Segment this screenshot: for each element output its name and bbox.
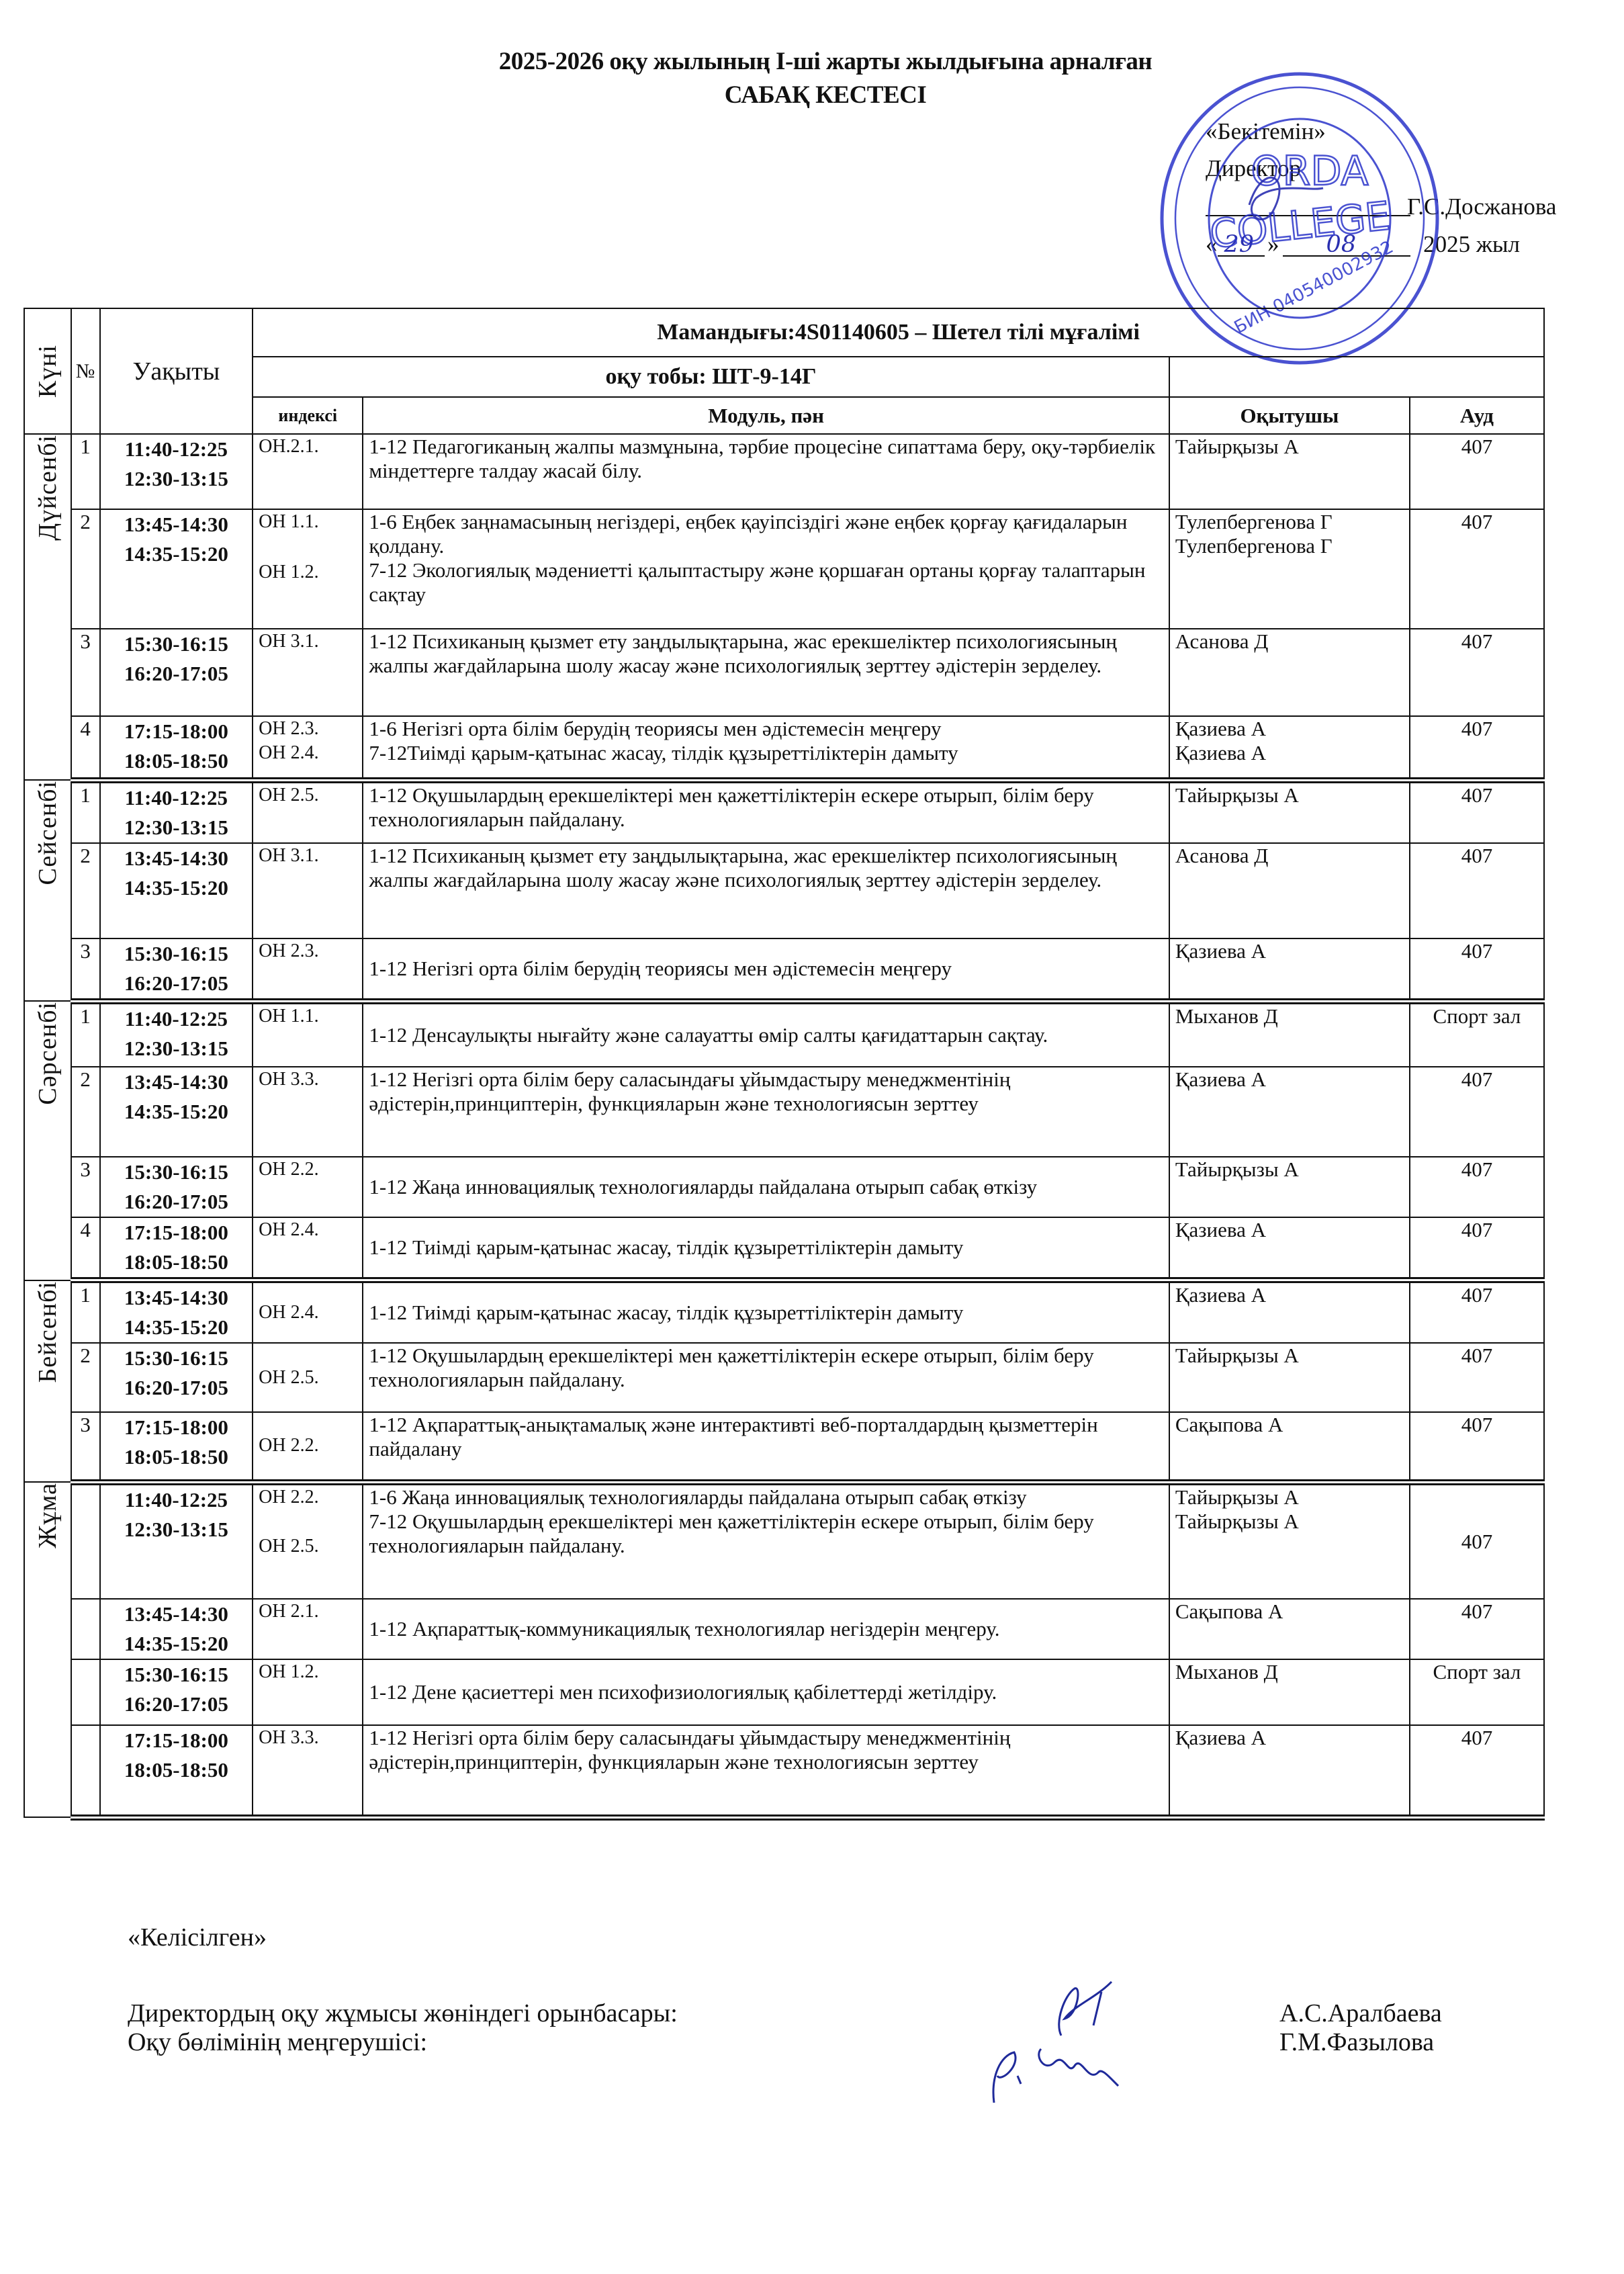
module-text: 7-12 Оқушылардың ерекшеліктері мен қажет… (369, 1510, 1163, 1558)
module-text: 7-12Тиімді қарым-қатынас жасау, тілдік қ… (369, 741, 1163, 765)
lesson-number: 3 (71, 629, 100, 716)
time-slot: 13:45-14:30 (106, 1067, 246, 1097)
teacher-name: Қазиева А (1175, 1067, 1404, 1092)
teacher-name: Мыханов Д (1175, 1004, 1404, 1029)
index-code: ОН 2.1. (259, 1600, 357, 1624)
module-text: 1-12 Оқушылардың ерекшеліктері мен қажет… (369, 1344, 1163, 1392)
lesson-index: ОН 2.4. (253, 1217, 363, 1280)
lesson-number (71, 1599, 100, 1659)
lesson-number: 2 (71, 509, 100, 629)
lesson-time: 11:40-12:2512:30-13:15 (100, 1482, 253, 1599)
lesson-index: ОН 1.1.ОН 1.2. (253, 509, 363, 629)
lesson-module: 1-12 Оқушылардың ерекшеліктері мен қажет… (363, 1343, 1169, 1412)
lesson-time: 15:30-16:1516:20-17:05 (100, 938, 253, 1002)
lesson-room: 407 (1410, 780, 1544, 843)
lesson-row: Бейсенбі113:45-14:3014:35-15:20ОН 2.4.1-… (24, 1280, 1544, 1344)
approval-date: «29»082025 жыл (1206, 230, 1386, 259)
index-code: ОН 1.1. (259, 1004, 357, 1029)
time-slot: 12:30-13:15 (106, 464, 246, 494)
lesson-index: ОН 2.3. (253, 938, 363, 1002)
signature-head-icon (981, 2036, 1155, 2109)
module-text: 1-12 Негізгі орта білім берудің теориясы… (369, 957, 1163, 981)
lesson-row: Жұма11:40-12:2512:30-13:15ОН 2.2.ОН 2.5.… (24, 1482, 1544, 1599)
header-index: индексі (253, 397, 363, 434)
time-slot: 14:35-15:20 (106, 539, 246, 569)
lesson-module: 1-12 Психиканың қызмет ету заңдылықтарын… (363, 629, 1169, 716)
day-cell: Дүйсенбі (24, 434, 71, 780)
header-specialty: Мамандығы:4S01140605 – Шетел тілі мұғалі… (253, 308, 1544, 357)
lesson-room: 407 (1410, 1217, 1544, 1280)
lesson-index: ОН 3.3. (253, 1725, 363, 1817)
teacher-name: Сақыпова А (1175, 1413, 1404, 1437)
lesson-teacher: Тайырқызы А (1169, 434, 1410, 509)
time-slot: 13:45-14:30 (106, 844, 246, 873)
time-slot: 16:20-17:05 (106, 1187, 246, 1217)
time-slot: 13:45-14:30 (106, 1283, 246, 1313)
header-room: Ауд (1410, 397, 1544, 434)
lesson-teacher: Қазиева А (1169, 1217, 1410, 1280)
time-slot: 11:40-12:25 (106, 783, 246, 813)
index-code: ОН 1.2. (259, 560, 357, 584)
time-slot: 16:20-17:05 (106, 969, 246, 998)
lesson-row: 315:30-16:1516:20-17:05ОН 3.1.1-12 Психи… (24, 629, 1544, 716)
day-name: Жұма (36, 1483, 60, 1548)
index-code: ОН 2.4. (259, 1218, 357, 1242)
lesson-index: ОН 2.5. (253, 1343, 363, 1412)
module-text: 1-6 Еңбек заңнамасының негіздері, еңбек … (369, 510, 1163, 558)
lesson-teacher: Тайырқызы АТайырқызы А (1169, 1482, 1410, 1599)
teacher-name: Тайырқызы А (1175, 1157, 1404, 1182)
index-code: ОН 3.1. (259, 844, 357, 868)
lesson-teacher: Тайырқызы А (1169, 780, 1410, 843)
time-slot: 16:20-17:05 (106, 1690, 246, 1719)
lesson-number: 3 (71, 1412, 100, 1482)
agreed-label: «Келісілген» (128, 1923, 267, 1952)
day-cell: Бейсенбі (24, 1280, 71, 1483)
day-name: Дүйсенбі (36, 435, 60, 541)
lesson-index: ОН 2.5. (253, 780, 363, 843)
index-code: ОН 2.5. (259, 1366, 357, 1390)
lesson-time: 13:45-14:3014:35-15:20 (100, 1599, 253, 1659)
lesson-index: ОН 1.2. (253, 1659, 363, 1725)
module-text: 1-12 Ақпараттық-коммуникациялық технолог… (369, 1617, 1163, 1641)
index-code: ОН 1.2. (259, 1660, 357, 1684)
teacher-name: Асанова Д (1175, 844, 1404, 868)
lesson-module: 1-6 Негізгі орта білім берудің теориясы … (363, 716, 1169, 780)
lesson-module: 1-12 Денсаулықты нығайту және салауатты … (363, 1001, 1169, 1067)
lesson-number (71, 1659, 100, 1725)
lesson-module: 1-12 Тиімді қарым-қатынас жасау, тілдік … (363, 1217, 1169, 1280)
lesson-index: ОН 2.3.ОН 2.4. (253, 716, 363, 780)
lesson-teacher: Мыханов Д (1169, 1001, 1410, 1067)
date-day-underline (1218, 255, 1265, 257)
lesson-module: 1-6 Жаңа инновациялық технологияларды па… (363, 1482, 1169, 1599)
time-slot: 14:35-15:20 (106, 873, 246, 903)
day-cell: Жұма (24, 1482, 71, 1817)
lesson-room: Спорт зал (1410, 1001, 1544, 1067)
module-text: 1-12 Психиканың қызмет ету заңдылықтарын… (369, 629, 1163, 678)
lesson-time: 17:15-18:0018:05-18:50 (100, 1725, 253, 1817)
day-name: Сейсенбі (36, 781, 60, 885)
lesson-module: 1-12 Негізгі орта білім беру саласындағы… (363, 1067, 1169, 1157)
index-code: ОН 3.1. (259, 629, 357, 654)
index-code: ОН 1.1. (259, 510, 357, 534)
module-text: 1-12 Психиканың қызмет ету заңдылықтарын… (369, 844, 1163, 892)
teacher-name: Тайырқызы А (1175, 1485, 1404, 1510)
module-text: 1-12 Негізгі орта білім беру саласындағы… (369, 1726, 1163, 1774)
module-text: 1-12 Ақпараттық-анықтамалық және интерак… (369, 1413, 1163, 1461)
module-text: 1-12 Тиімді қарым-қатынас жасау, тілдік … (369, 1301, 1163, 1325)
lesson-index: ОН 3.1. (253, 629, 363, 716)
lesson-row: 315:30-16:1516:20-17:05ОН 2.2.1-12 Жаңа … (24, 1157, 1544, 1217)
approval-name: Г.С.Досжанова (1407, 193, 1556, 221)
lesson-room: 407 (1410, 1599, 1544, 1659)
schedule-body: Дүйсенбі111:40-12:2512:30-13:15ОН.2.1.1-… (24, 434, 1544, 1817)
lesson-time: 15:30-16:1516:20-17:05 (100, 1659, 253, 1725)
header-group: оқу тобы: ШТ-9-14Г (253, 357, 1169, 397)
lesson-teacher: Тулепбергенова ГТулепбергенова Г (1169, 509, 1410, 629)
lesson-row: 417:15-18:0018:05-18:50ОН 2.3.ОН 2.4.1-6… (24, 716, 1544, 780)
module-text: 1-12 Денсаулықты нығайту және салауатты … (369, 1023, 1163, 1047)
lesson-number: 1 (71, 1280, 100, 1344)
lesson-room: 407 (1410, 1157, 1544, 1217)
lesson-room: 407 (1410, 1725, 1544, 1817)
header-no: № (71, 308, 100, 434)
lesson-teacher: Қазиева А (1169, 1067, 1410, 1157)
lesson-time: 15:30-16:1516:20-17:05 (100, 629, 253, 716)
lesson-time: 15:30-16:1516:20-17:05 (100, 1157, 253, 1217)
time-slot: 15:30-16:15 (106, 1344, 246, 1373)
signer-role-head: Оқу бөлімінің меңгерушісі: (128, 2027, 427, 2057)
lesson-teacher: Асанова Д (1169, 629, 1410, 716)
lesson-time: 13:45-14:3014:35-15:20 (100, 1280, 253, 1344)
time-slot: 14:35-15:20 (106, 1097, 246, 1127)
time-slot: 13:45-14:30 (106, 1600, 246, 1629)
time-slot: 12:30-13:15 (106, 813, 246, 842)
index-code: ОН 2.2. (259, 1157, 357, 1182)
lesson-number: 2 (71, 843, 100, 938)
approval-position: Директор (1206, 155, 1301, 183)
lesson-number: 4 (71, 716, 100, 780)
teacher-name: Тайырқызы А (1175, 435, 1404, 459)
date-open-quote: « (1206, 231, 1218, 257)
header-time: Уақыты (100, 308, 253, 434)
lesson-room: 407 (1410, 1482, 1544, 1599)
date-year: 2025 жыл (1423, 231, 1520, 257)
lesson-room: Спорт зал (1410, 1659, 1544, 1725)
module-text: 1-6 Негізгі орта білім берудің теориясы … (369, 717, 1163, 741)
lesson-number: 1 (71, 780, 100, 843)
lesson-row: Сәрсенбі111:40-12:2512:30-13:15ОН 1.1.1-… (24, 1001, 1544, 1067)
approval-signature-line (1206, 215, 1410, 216)
lesson-time: 11:40-12:2512:30-13:15 (100, 780, 253, 843)
lesson-room: 407 (1410, 1280, 1544, 1344)
teacher-name: Қазиева А (1175, 939, 1404, 963)
teacher-name: Қазиева А (1175, 741, 1404, 765)
lesson-room: 407 (1410, 509, 1544, 629)
module-text: 1-12 Негізгі орта білім беру саласындағы… (369, 1067, 1163, 1116)
lesson-number (71, 1725, 100, 1817)
day-name: Бейсенбі (36, 1281, 60, 1383)
lesson-module: 1-12 Негізгі орта білім берудің теориясы… (363, 938, 1169, 1002)
day-name: Сәрсенбі (36, 1002, 60, 1105)
lesson-index: ОН 2.2. (253, 1157, 363, 1217)
teacher-name: Тулепбергенова Г (1175, 510, 1404, 534)
signer-role-deputy: Директордың оқу жұмысы жөніндегі орынбас… (128, 1999, 678, 2028)
lesson-teacher: Қазиева АҚазиева А (1169, 716, 1410, 780)
lesson-teacher: Сақыпова А (1169, 1599, 1410, 1659)
lesson-row: 215:30-16:1516:20-17:05ОН 2.5. 1-12 Оқуш… (24, 1343, 1544, 1412)
header-module: Модуль, пән (363, 397, 1169, 434)
lesson-room: 407 (1410, 843, 1544, 938)
time-slot: 17:15-18:00 (106, 1413, 246, 1442)
lesson-row: 417:15-18:0018:05-18:50ОН 2.4. 1-12 Тиім… (24, 1217, 1544, 1280)
time-slot: 16:20-17:05 (106, 659, 246, 689)
lesson-module: 1-12 Ақпараттық-коммуникациялық технолог… (363, 1599, 1169, 1659)
time-slot: 13:45-14:30 (106, 510, 246, 539)
signature-deputy-icon (1034, 1968, 1128, 2042)
document-title: 2025-2026 оқу жылының І-ші жарты жылдығы… (0, 47, 1624, 77)
lesson-row: 317:15-18:0018:05-18:50ОН 2.2. 1-12 Ақпа… (24, 1412, 1544, 1482)
time-slot: 18:05-18:50 (106, 1442, 246, 1472)
lesson-number: 4 (71, 1217, 100, 1280)
lesson-row: Сейсенбі111:40-12:2512:30-13:15ОН 2.5.1-… (24, 780, 1544, 843)
lesson-time: 11:40-12:2512:30-13:15 (100, 434, 253, 509)
signer-name-deputy: А.С.Аралбаева (1279, 1999, 1442, 2028)
lesson-room: 407 (1410, 1412, 1544, 1482)
teacher-name: Мыханов Д (1175, 1660, 1404, 1684)
header-day: Күні (24, 308, 71, 434)
lesson-module: 1-12 Ақпараттық-анықтамалық және интерак… (363, 1412, 1169, 1482)
teacher-name: Тайырқызы А (1175, 1344, 1404, 1368)
lesson-row: 17:15-18:0018:05-18:50ОН 3.3.1-12 Негізг… (24, 1725, 1544, 1817)
teacher-name: Қазиева А (1175, 1283, 1404, 1307)
lesson-teacher: Сақыпова А (1169, 1412, 1410, 1482)
teacher-name: Қазиева А (1175, 1218, 1404, 1242)
time-slot: 15:30-16:15 (106, 629, 246, 659)
lesson-index: ОН.2.1. (253, 434, 363, 509)
index-code: ОН 2.5. (259, 783, 357, 807)
lesson-time: 13:45-14:3014:35-15:20 (100, 509, 253, 629)
lesson-number: 2 (71, 1343, 100, 1412)
lesson-room: 407 (1410, 629, 1544, 716)
time-slot: 16:20-17:05 (106, 1373, 246, 1403)
time-slot: 11:40-12:25 (106, 1485, 246, 1515)
lesson-row: 213:45-14:3014:35-15:20ОН 3.1. 1-12 Псих… (24, 843, 1544, 938)
teacher-name: Сақыпова А (1175, 1600, 1404, 1624)
module-text: 1-12 Дене қасиеттері мен психофизиология… (369, 1680, 1163, 1704)
lesson-time: 13:45-14:3014:35-15:20 (100, 1067, 253, 1157)
time-slot: 11:40-12:25 (106, 1004, 246, 1034)
lesson-module: 1-12 Педагогиканың жалпы мазмұнына, тәрб… (363, 434, 1169, 509)
lesson-number: 1 (71, 434, 100, 509)
teacher-name: Қазиева А (1175, 1726, 1404, 1750)
lesson-row: 13:45-14:3014:35-15:20ОН 2.1. 1-12 Ақпар… (24, 1599, 1544, 1659)
lesson-row: 315:30-16:1516:20-17:05ОН 2.3. 1-12 Негі… (24, 938, 1544, 1002)
lesson-module: 1-12 Оқушылардың ерекшеліктері мен қажет… (363, 780, 1169, 843)
index-code: ОН 3.3. (259, 1726, 357, 1750)
module-text: 1-12 Тиімді қарым-қатынас жасау, тілдік … (369, 1235, 1163, 1260)
time-slot: 11:40-12:25 (106, 435, 246, 464)
index-code: ОН 2.3. (259, 939, 357, 963)
lesson-teacher: Мыханов Д (1169, 1659, 1410, 1725)
lesson-teacher: Қазиева А (1169, 938, 1410, 1002)
lesson-number: 3 (71, 938, 100, 1002)
lesson-module: 1-12 Негізгі орта білім беру саласындағы… (363, 1725, 1169, 1817)
lesson-row: 15:30-16:1516:20-17:05ОН 1.2. 1-12 Дене … (24, 1659, 1544, 1725)
lesson-room: 407 (1410, 434, 1544, 509)
lesson-row: 213:45-14:3014:35-15:20ОН 3.3.1-12 Негіз… (24, 1067, 1544, 1157)
lesson-number: 1 (71, 1001, 100, 1067)
lesson-teacher: Қазиева А (1169, 1280, 1410, 1344)
time-slot: 18:05-18:50 (106, 746, 246, 776)
lesson-teacher: Асанова Д (1169, 843, 1410, 938)
time-slot: 18:05-18:50 (106, 1248, 246, 1277)
index-code: ОН 2.2. (259, 1485, 357, 1510)
lesson-room: 407 (1410, 1067, 1544, 1157)
lesson-module: 1-12 Дене қасиеттері мен психофизиология… (363, 1659, 1169, 1725)
lesson-module: 1-12 Жаңа инновациялық технологияларды п… (363, 1157, 1169, 1217)
day-cell: Сәрсенбі (24, 1001, 71, 1280)
lesson-time: 15:30-16:1516:20-17:05 (100, 1343, 253, 1412)
day-cell: Сейсенбі (24, 780, 71, 1001)
lesson-time: 17:15-18:0018:05-18:50 (100, 1412, 253, 1482)
lesson-teacher: Қазиева А (1169, 1725, 1410, 1817)
date-day: 29 (1224, 231, 1255, 258)
teacher-name: Тулепбергенова Г (1175, 534, 1404, 558)
lesson-module: 1-6 Еңбек заңнамасының негіздері, еңбек … (363, 509, 1169, 629)
index-code: ОН 2.4. (259, 1301, 357, 1325)
lesson-row: Дүйсенбі111:40-12:2512:30-13:15ОН.2.1.1-… (24, 434, 1544, 509)
lesson-time: 13:45-14:3014:35-15:20 (100, 843, 253, 938)
time-slot: 14:35-15:20 (106, 1313, 246, 1342)
lesson-index: ОН 2.2.ОН 2.5. (253, 1482, 363, 1599)
lesson-index: ОН 2.4. (253, 1280, 363, 1344)
index-code: ОН.2.1. (259, 435, 357, 459)
index-code: ОН 3.3. (259, 1067, 357, 1092)
document-subtitle: САБАҚ КЕСТЕСІ (0, 81, 1624, 110)
index-code: ОН 2.4. (259, 741, 357, 765)
time-slot: 15:30-16:15 (106, 1157, 246, 1187)
time-slot: 15:30-16:15 (106, 1660, 246, 1690)
index-code: ОН 2.5. (259, 1534, 357, 1559)
date-month-underline (1283, 255, 1410, 257)
date-month: 08 (1326, 231, 1357, 258)
header-teacher: Оқытушы (1169, 397, 1410, 434)
lesson-index: ОН 2.1. (253, 1599, 363, 1659)
lesson-index: ОН 3.3. (253, 1067, 363, 1157)
lesson-row: 213:45-14:3014:35-15:20ОН 1.1.ОН 1.2. 1-… (24, 509, 1544, 629)
lesson-time: 11:40-12:2512:30-13:15 (100, 1001, 253, 1067)
teacher-name: Асанова Д (1175, 629, 1404, 654)
schedule-table: Күні № Уақыты Мамандығы:4S01140605 – Шет… (24, 308, 1545, 1821)
lesson-room: 407 (1410, 1343, 1544, 1412)
index-code: ОН 2.3. (259, 717, 357, 741)
module-text: 1-12 Педагогиканың жалпы мазмұнына, тәрб… (369, 435, 1163, 483)
lesson-room: 407 (1410, 938, 1544, 1002)
header-group-blank (1169, 357, 1544, 397)
time-slot: 17:15-18:00 (106, 1726, 246, 1755)
time-slot: 12:30-13:15 (106, 1515, 246, 1544)
date-close-quote: » (1267, 231, 1279, 257)
lesson-index: ОН 3.1. (253, 843, 363, 938)
module-text: 1-12 Оқушылардың ерекшеліктері мен қажет… (369, 783, 1163, 832)
lesson-index: ОН 2.2. (253, 1412, 363, 1482)
module-text: 1-12 Жаңа инновациялық технологияларды п… (369, 1175, 1163, 1199)
signer-name-head: Г.М.Фазылова (1279, 2027, 1434, 2057)
module-text: 1-6 Жаңа инновациялық технологияларды па… (369, 1485, 1163, 1510)
time-slot: 12:30-13:15 (106, 1034, 246, 1063)
teacher-name: Тайырқызы А (1175, 783, 1404, 807)
teacher-name: Қазиева А (1175, 717, 1404, 741)
approval-label: «Бекітемін» (1206, 118, 1326, 146)
lesson-module: 1-12 Тиімді қарым-қатынас жасау, тілдік … (363, 1280, 1169, 1344)
time-slot: 14:35-15:20 (106, 1629, 246, 1659)
lesson-time: 17:15-18:0018:05-18:50 (100, 1217, 253, 1280)
lesson-number (71, 1482, 100, 1599)
lesson-number: 2 (71, 1067, 100, 1157)
teacher-name: Тайырқызы А (1175, 1510, 1404, 1534)
lesson-index: ОН 1.1. (253, 1001, 363, 1067)
time-slot: 17:15-18:00 (106, 1218, 246, 1248)
time-slot: 15:30-16:15 (106, 939, 246, 969)
index-code: ОН 2.2. (259, 1434, 357, 1458)
module-text: 7-12 Экологиялық мәдениетті қалыптастыру… (369, 558, 1163, 607)
lesson-number: 3 (71, 1157, 100, 1217)
lesson-teacher: Тайырқызы А (1169, 1157, 1410, 1217)
time-slot: 18:05-18:50 (106, 1755, 246, 1785)
lesson-room: 407 (1410, 716, 1544, 780)
lesson-teacher: Тайырқызы А (1169, 1343, 1410, 1412)
lesson-time: 17:15-18:0018:05-18:50 (100, 716, 253, 780)
time-slot: 17:15-18:00 (106, 717, 246, 746)
lesson-module: 1-12 Психиканың қызмет ету заңдылықтарын… (363, 843, 1169, 938)
